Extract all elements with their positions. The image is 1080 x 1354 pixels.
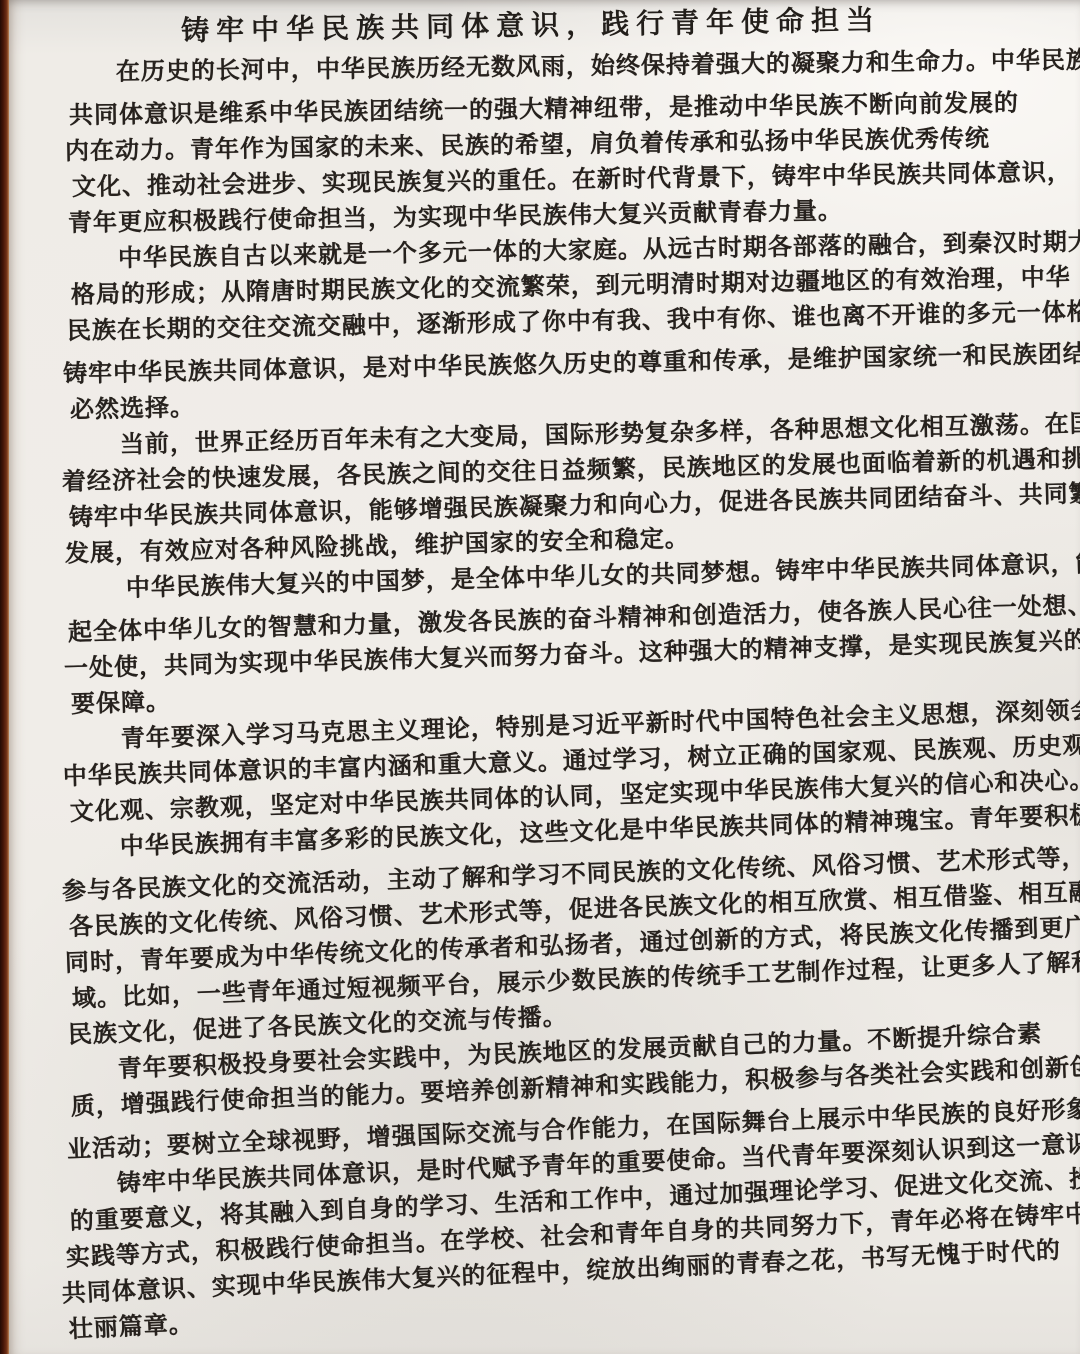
photo-left-border	[0, 0, 9, 1354]
paper-sheet: 铸牢中华民族共同体意识，践行青年使命担当 在历史的长河中，中华民族历经无数风雨，…	[9, 0, 1080, 1354]
essay-body: 在历史的长河中，中华民族历经无数风雨，始终保持着强大的凝聚力和生命力。中华民族共…	[9, 58, 1080, 1353]
handwritten-essay-photo: 铸牢中华民族共同体意识，践行青年使命担当 在历史的长河中，中华民族历经无数风雨，…	[0, 0, 1080, 1354]
